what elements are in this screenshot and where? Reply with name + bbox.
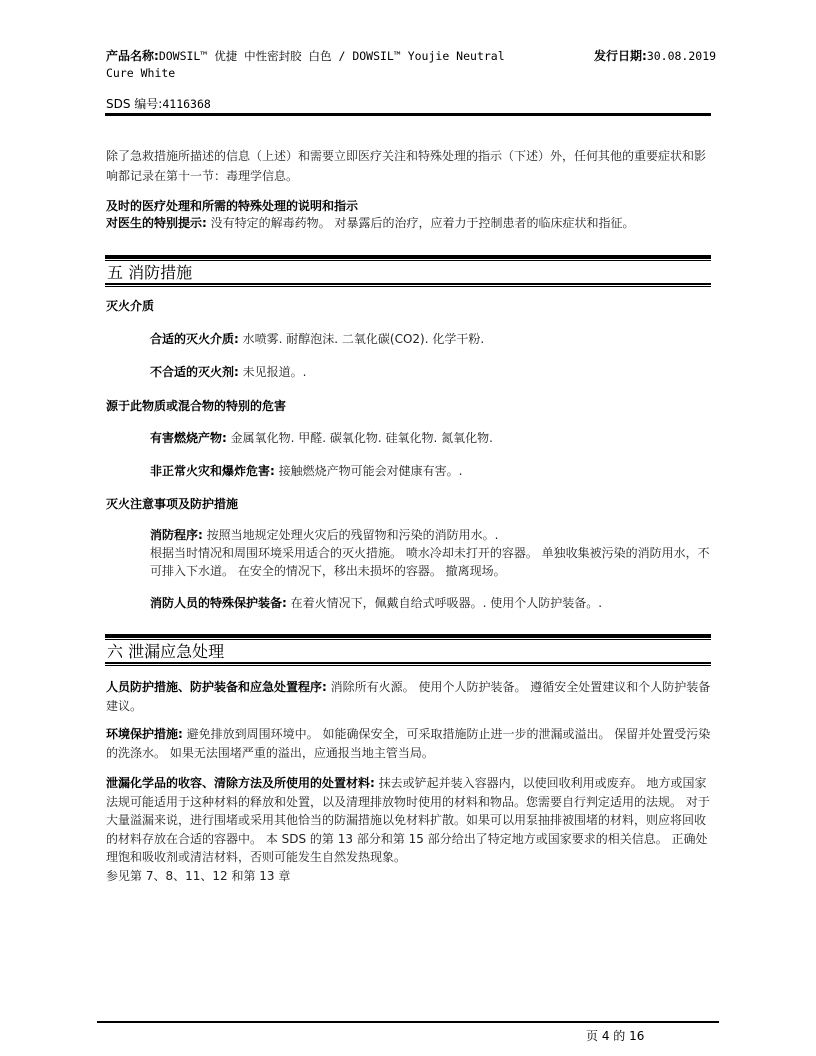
section6-top-rule-thin (105, 639, 711, 640)
section5-top-rule-thin (105, 260, 711, 261)
page-number: 页 4 的 16 (586, 1027, 644, 1044)
firefighting-procedure: 消防程序: 按照当地规定处理火灾后的残留物和污染的消防用水。. 根据当时情况和周… (150, 526, 710, 580)
intro-paragraph: 除了急救措施所描述的信息（上述）和需要立即医疗关注和特殊处理的指示（下述）外，任… (106, 146, 712, 186)
suitable-media-label: 合适的灭火介质: (150, 332, 239, 346)
suitable-media-text: 水喷雾. 耐醇泡沫. 二氧化碳(CO2). 化学干粉. (243, 332, 485, 346)
section5-title: 五 消防措施 (107, 263, 192, 283)
product-name-label: 产品名称: (106, 49, 159, 63)
extinguishing-media-heading: 灭火介质 (106, 298, 154, 314)
section6-top-rule (105, 634, 711, 638)
product-name-value-line2: Cure White (106, 66, 175, 80)
special-hazards-heading: 源于此物质或混合物的特别的危害 (106, 398, 286, 414)
medical-subheading: 及时的医疗处理和所需的特殊处理的说明和指示 (106, 198, 358, 214)
unsuitable-media-label: 不合适的灭火剂: (150, 365, 239, 379)
unusual-hazards-label: 非正常火灾和爆炸危害: (150, 464, 275, 478)
product-name-value: DOWSIL™ 优捷 中性密封胶 白色 / DOWSIL™ Youjie Neu… (159, 49, 505, 63)
sds-number-label: SDS 编号: (106, 97, 162, 111)
personal-precautions: 人员防护措施、防护装备和应急处置程序: 消除所有火源。 使用个人防护装备。 遵循… (106, 678, 712, 716)
sds-number: SDS 编号:4116368 (106, 96, 211, 113)
environmental-precautions-text: 避免排放到周围环境中。 如能确保安全，可采取措施防止进一步的泄漏或溢出。 保留并… (106, 727, 710, 760)
doctor-note-label: 对医生的特别提示: (106, 216, 207, 230)
unsuitable-media-text: 未见报道。. (243, 365, 307, 379)
firefighter-ppe: 消防人员的特殊保护装备: 在着火情况下，佩戴自给式呼吸器。. 使用个人防护装备。… (150, 594, 710, 613)
section5-top-rule (105, 255, 711, 259)
unusual-hazards-text: 接触燃烧产物可能会对健康有害。. (279, 464, 463, 478)
environmental-precautions: 环境保护措施: 避免排放到周围环境中。 如能确保安全，可采取措施防止进一步的泄漏… (106, 725, 712, 763)
section6-bottom-rule (105, 662, 711, 664)
product-name: 产品名称:DOWSIL™ 优捷 中性密封胶 白色 / DOWSIL™ Youji… (106, 48, 576, 82)
cleanup-methods: 泄漏化学品的收容、清除方法及所使用的处置材料: 抹去或铲起并装入容器内，以使回收… (106, 774, 712, 885)
combustion-products: 有害燃烧产物: 金属氧化物. 甲醛. 碳氧化物. 硅氧化物. 氮氧化物. (150, 429, 710, 448)
firefighting-precautions-heading: 灭火注意事项及防护措施 (106, 496, 238, 512)
footer-divider (97, 1021, 719, 1023)
sds-number-value: 4116368 (162, 97, 210, 111)
cleanup-methods-label: 泄漏化学品的收容、清除方法及所使用的处置材料: (106, 776, 375, 790)
section5-bottom-rule (105, 283, 711, 285)
header-divider (105, 113, 711, 116)
unusual-hazards: 非正常火灾和爆炸危害: 接触燃烧产物可能会对健康有害。. (150, 462, 710, 481)
firefighting-procedure-label: 消防程序: (150, 528, 203, 542)
combustion-products-text: 金属氧化物. 甲醛. 碳氧化物. 硅氧化物. 氮氧化物. (231, 431, 493, 445)
doctor-note-text: 没有特定的解毒药物。 对暴露后的治疗，应着力于控制患者的临床症状和指征。 (211, 216, 635, 230)
environmental-precautions-label: 环境保护措施: (106, 727, 183, 741)
doctor-note: 对医生的特别提示: 没有特定的解毒药物。 对暴露后的治疗，应着力于控制患者的临床… (106, 214, 712, 233)
issue-date: 发行日期:30.08.2019 (594, 48, 716, 65)
firefighter-ppe-label: 消防人员的特殊保护装备: (150, 596, 287, 610)
issue-date-label: 发行日期: (594, 49, 647, 63)
firefighting-procedure-text: 按照当地规定处理火灾后的残留物和污染的消防用水。. (207, 528, 499, 542)
firefighting-procedure-text2: 根据当时情况和周围环境采用适合的灭火措施。 喷水冷却未打开的容器。 单独收集被污… (150, 546, 710, 578)
see-also-sections: 参见第 7、8、11、12 和第 13 章 (106, 869, 290, 883)
section6-bottom-rule-thin (105, 665, 711, 666)
firefighter-ppe-text: 在着火情况下，佩戴自给式呼吸器。. 使用个人防护装备。. (291, 596, 602, 610)
combustion-products-label: 有害燃烧产物: (150, 431, 227, 445)
section5-bottom-rule-thin (105, 286, 711, 287)
suitable-media: 合适的灭火介质: 水喷雾. 耐醇泡沫. 二氧化碳(CO2). 化学干粉. (150, 330, 710, 349)
unsuitable-media: 不合适的灭火剂: 未见报道。. (150, 363, 710, 382)
section6-title: 六 泄漏应急处理 (107, 642, 224, 662)
personal-precautions-label: 人员防护措施、防护装备和应急处置程序: (106, 680, 327, 694)
issue-date-value: 30.08.2019 (647, 49, 716, 63)
